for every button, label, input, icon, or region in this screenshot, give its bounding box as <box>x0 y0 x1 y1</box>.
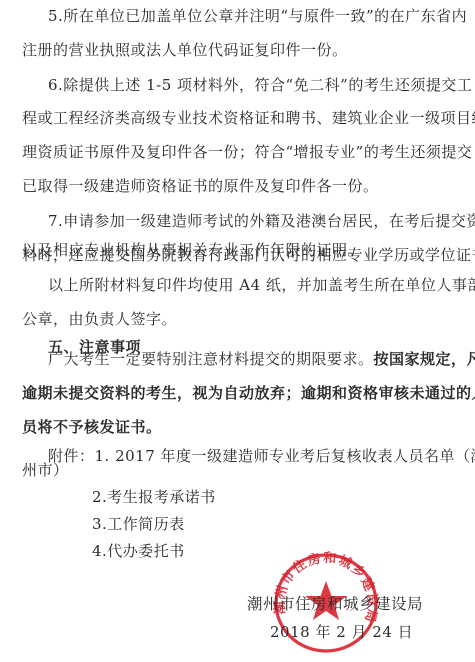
item-7-line-1: 7.申请参加一级建造师考试的外籍及港澳台居民，在考后提交资 <box>48 212 475 230</box>
notice-line-1: 广大考生一定要特别注意材料提交的期限要求。按国家规定，凡 <box>48 350 475 368</box>
attachment-item-3: 3.工作简历表 <box>92 515 185 533</box>
notice-normal: 广大考生一定要特别注意材料提交的期限要求。 <box>48 350 374 368</box>
item-6-line-1: 6.除提供上述 1-5 项材料外，符合“免二科”的考生还须提交工 <box>48 76 472 94</box>
notice-line-3: 员将不予核发证书。 <box>22 418 162 436</box>
copies-note-line-1: 以上所附材料复印件均使用 A4 纸，并加盖考生所在单位人事部门 <box>48 276 475 294</box>
attachment-item-2: 2.考生报考承诺书 <box>92 488 216 506</box>
attachment-item-1: 1. 2017 年度一级建造师专业考后复核收表人员名单（潮 <box>95 447 475 465</box>
item-5-line-1: 5.所在单位已加盖单位公章并注明“与原件一致”的在广东省内 <box>48 7 467 25</box>
issuer-name: 潮州市住房和城乡建设局 <box>247 595 423 613</box>
attachment-line-1: 附件：1. 2017 年度一级建造师专业考后复核收表人员名单（潮 <box>48 447 475 465</box>
item-7-line-3: 以及相应专业机构从事相关专业工作年限的证明。 <box>22 241 363 259</box>
item-6-line-4: 已取得一级建造师资格证书的原件及复印件各一份。 <box>22 177 379 195</box>
notice-line-2: 逾期未提交资料的考生，视为自动放弃；逾期和资格审核未通过的人 <box>22 384 475 402</box>
attachment-item-4: 4.代办委托书 <box>92 542 185 560</box>
item-5-line-2: 注册的营业执照或法人单位代码证复印件一份。 <box>22 41 348 59</box>
attachment-item-1-cont: 州市） <box>22 461 69 479</box>
issue-date: 2018 年 2 月 24 日 <box>270 623 413 641</box>
copies-note-line-2: 公章，由负责人签字。 <box>22 310 177 328</box>
notice-bold-start: 按国家规定，凡 <box>374 350 475 368</box>
item-6-line-3: 理资质证书原件及复印件各一份；符合“增报专业”的考生还须提交 <box>22 143 472 161</box>
item-6-line-2: 程或工程经济类高级专业技术资格证和聘书、建筑业企业一级项目经 <box>22 109 475 127</box>
